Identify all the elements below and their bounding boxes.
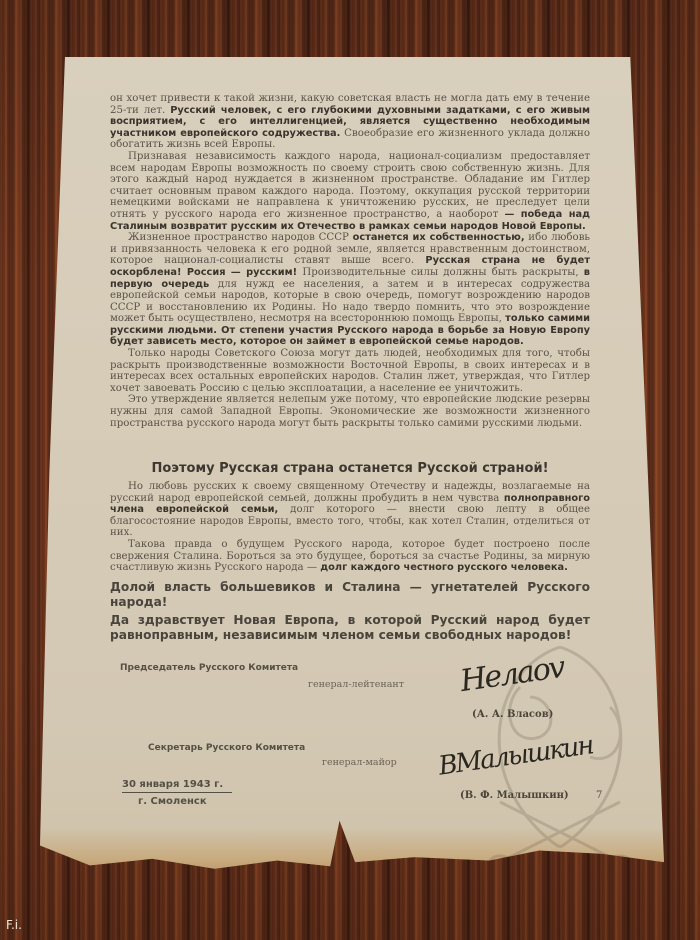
leaflet-page: он хочет привести к такой жизни, какую с… (40, 57, 664, 887)
paragraph: Жизненное пространство народов СССР оста… (110, 232, 590, 348)
body-text-block-2: Но любовь русских к своему священному От… (110, 481, 590, 574)
chairman-rank: генерал-лейтенант (308, 679, 404, 690)
photo-credit: F.i. (6, 918, 22, 932)
paragraph: он хочет привести к такой жизни, какую с… (110, 93, 590, 151)
paragraph: Но любовь русских к своему священному От… (110, 481, 590, 539)
chairman-name: (А. А. Власов) (472, 709, 553, 720)
secretary-rank: генерал-майор (322, 757, 397, 768)
text-run: Это утверждение является нелепым уже пот… (110, 394, 590, 428)
slogan-2-text: Да здравствует Новая Европа, в которой Р… (110, 613, 590, 642)
paragraph: Только народы Советского Союза могут дат… (110, 348, 590, 394)
text-run: Производительные силы должны быть раскры… (297, 267, 584, 278)
page-number: 7 (596, 790, 602, 801)
date: 30 января 1943 г. (122, 779, 232, 793)
slogan-down-with-bolsheviks: Долой власть большевиков и Сталина — угн… (110, 580, 590, 610)
secretary-name: (В. Ф. Малышкин) (460, 790, 569, 801)
slogan-long-live-new-europe: Да здравствует Новая Европа, в которой Р… (110, 613, 590, 643)
paragraph: Это утверждение является нелепым уже пот… (110, 394, 590, 429)
place: г. Смоленск (138, 796, 207, 807)
secretary-title: Секретарь Русского Комитета (148, 743, 305, 753)
text-run: Только народы Советского Союза могут дат… (110, 348, 590, 394)
body-text-block-1: он хочет привести к такой жизни, какую с… (110, 93, 590, 429)
bold-text-run: останется их собственностью, (353, 232, 525, 243)
paragraph: Признавая независимость каждого народа, … (110, 151, 590, 232)
chairman-title: Председатель Русского Комитета (120, 663, 298, 673)
bold-text-run: долг каждого честного русского человека. (320, 562, 568, 573)
text-run: Жизненное пространство народов СССР (128, 232, 353, 243)
paragraph: Такова правда о будущем Русского народа,… (110, 539, 590, 574)
section-heading: Поэтому Русская страна останется Русской… (110, 461, 590, 476)
slogan-1-text: Долой власть большевиков и Сталина — угн… (110, 580, 590, 609)
